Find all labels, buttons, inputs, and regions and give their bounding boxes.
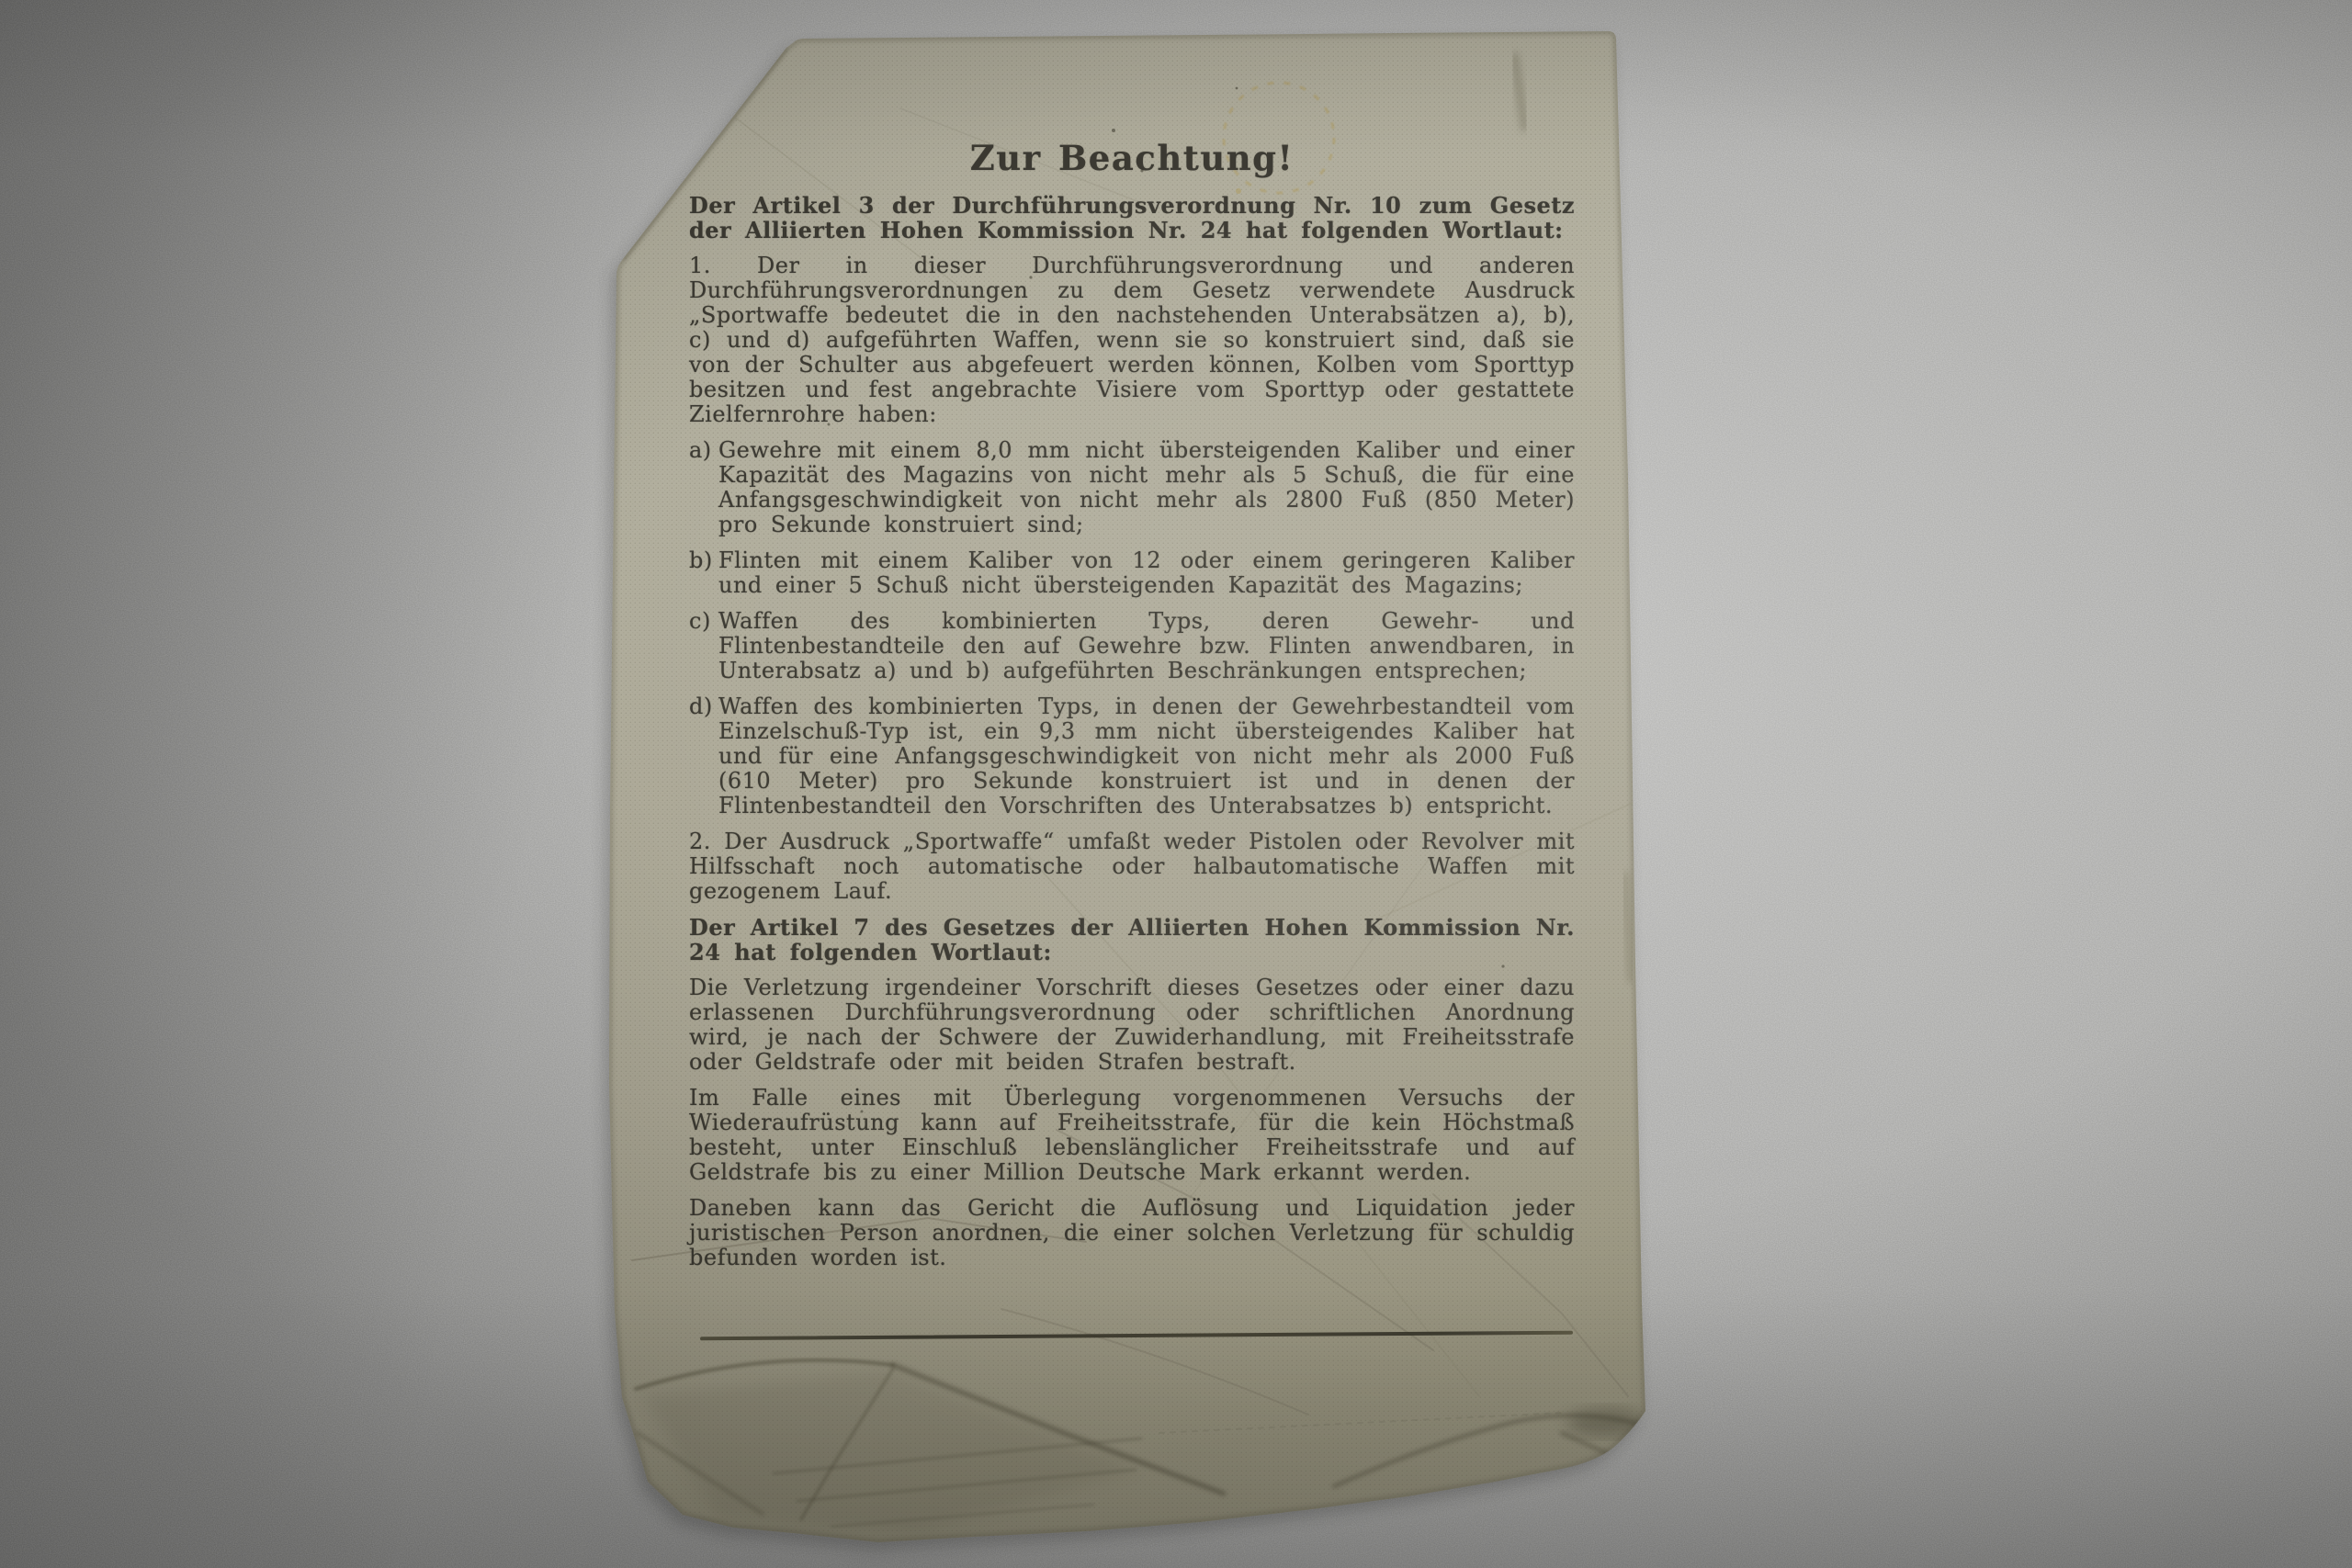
second-heading: Der Artikel 7 des Gesetzes der Alliierte… [689, 915, 1575, 964]
list-item-b: b) Flinten mit einem Kaliber von 12 oder… [689, 548, 1575, 598]
list-item-text: Gewehre mit einem 8,0 mm nicht übersteig… [718, 437, 1575, 537]
list-item-text: Waffen des kombinierten Typs, in denen d… [718, 694, 1575, 818]
list-item-c: c) Waffen des kombinierten Typs, deren G… [689, 609, 1575, 683]
list-item-d: d) Waffen des kombinierten Typs, in dene… [689, 694, 1575, 818]
list-item-a: a) Gewehre mit einem 8,0 mm nicht überst… [689, 438, 1575, 537]
photograph-of-notice: Zur Beachtung! Der Artikel 3 der Durchfü… [0, 0, 2352, 1568]
list-item-label: b) [689, 548, 713, 573]
paragraph-4: Im Falle eines mit Überlegung vorgenomme… [689, 1086, 1575, 1185]
paragraph-3: Die Verletzung irgendeiner Vorschrift di… [689, 976, 1575, 1075]
list-item-label: a) [689, 438, 712, 463]
list-item-text: Waffen des kombinierten Typs, deren Gewe… [718, 608, 1575, 683]
paragraph-5: Daneben kann das Gericht die Auflösung u… [689, 1196, 1575, 1270]
subsection-list: a) Gewehre mit einem 8,0 mm nicht überst… [689, 438, 1575, 818]
list-item-text: Flinten mit einem Kaliber von 12 oder ei… [718, 547, 1575, 598]
list-item-label: d) [689, 694, 713, 719]
notice-document: Zur Beachtung! Der Artikel 3 der Durchfü… [689, 140, 1575, 1281]
paragraph-1: 1. Der in dieser Durchführungsverordnung… [689, 254, 1575, 427]
document-title: Zur Beachtung! [689, 140, 1575, 176]
paragraph-2: 2. Der Ausdruck „Sportwaffe“ umfaßt wede… [689, 829, 1575, 904]
list-item-label: c) [689, 609, 711, 634]
intro-heading: Der Artikel 3 der Durchführungsverordnun… [689, 193, 1575, 243]
